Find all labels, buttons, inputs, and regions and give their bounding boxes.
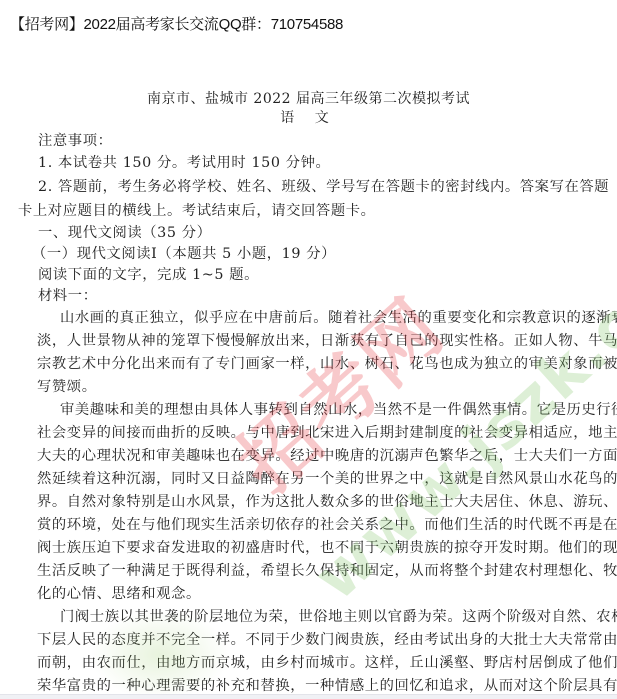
notice-heading: 注意事项： — [0, 130, 617, 150]
passage-line: 生活反映了一种满足于既得利益，希望长久保持和固定，从而将整个封建农村理想化、牧歌 — [0, 560, 617, 580]
passage-line: 淡，人世景物从神的笼罩下慢慢解放出来，日渐获有了自己的现实性格。正如人物、牛马从 — [0, 330, 617, 350]
passage-line: 界。自然对象特别是山水风景，作为这批人数众多的世俗地主士大夫居住、休息、游玩、观 — [0, 491, 617, 511]
passage-line: 而朝，由农而仕，由地方而京城，由乡村而城市。这样，丘山溪壑、野店村居倒成了他们的 — [0, 652, 617, 672]
page-bottom-edge — [0, 694, 617, 699]
passage-line: 宗教艺术中分化出来而有了专门画家一样，山水、树石、花鸟也成为独立的审美对象而被将 — [0, 353, 617, 373]
notice-item-1: 1. 本试卷共 150 分。考试用时 150 分钟。 — [0, 152, 617, 172]
exam-title: 南京市、盐城市 2022 届高三年级第二次模拟考试 — [0, 88, 617, 108]
section-instruction: 阅读下面的文字，完成 1~5 题。 — [0, 264, 617, 284]
passage-line: 审美趣味和美的理想由具体人事转到自然山水，当然不是一件偶然事情。它是历史行径、 — [0, 399, 617, 419]
exam-page: 【招考网】2022届高考家长交流QQ群：710754588 南京市、盐城市 20… — [0, 0, 617, 699]
passage-line: 然延续着这种沉溺，同时又日益陶醉在另一个美的世界之中，这就是自然风景山水花鸟的世 — [0, 468, 617, 488]
passage-line: 阀士族压迫下要求奋发进取的初盛唐时代，也不同于六朝贵族的掠夺开发时期。他们的现实 — [0, 537, 617, 557]
passage-line: 社会变异的间接而曲折的反映。与中唐到北宋进入后期封建制度的社会变异相适应，地主士 — [0, 422, 617, 442]
passage-line: 门阀士族以其世袭的阶层地位为荣，世俗地主则以官爵为荣。这两个阶级对自然、农村、 — [0, 606, 617, 626]
notice-item-2-line-2: 卡上对应题目的横线上。考试结束后，请交回答题卡。 — [0, 200, 617, 220]
passage-line: 下层人民的态度并不完全一样。不同于少数门阀贵族，经由考试出身的大批士大夫常常由野 — [0, 629, 617, 649]
exam-subject: 语 文 — [0, 107, 617, 127]
material-label: 材料一： — [0, 285, 617, 305]
section-sub-1: （一）现代文阅读Ⅰ（本题共 5 小题，19 分） — [0, 243, 617, 263]
section-part-1: 一、现代文阅读（35 分） — [0, 222, 617, 242]
header-banner: 【招考网】2022届高考家长交流QQ群：710754588 — [0, 10, 617, 40]
passage-line: 山水画的真正独立，似乎应在中唐前后。随着社会生活的重要变化和宗教意识的逐渐衰 — [0, 307, 617, 327]
passage-line: 荣华富贵的一种心理需要的补充和替换，一种情感上的回忆和追求，从而对这个阶层具有某 — [0, 675, 617, 695]
passage-line: 赏的环境，处在与他们现实生活亲切依存的社会关系之中。而他们生活的时代既不再是在门 — [0, 514, 617, 534]
passage-line: 化的心情、思绪和观念。 — [0, 583, 617, 603]
notice-item-2-line-1: 2. 答题前，考生务必将学校、姓名、班级、学号写在答题卡的密封线内。答案写在答题 — [0, 176, 617, 196]
passage-line: 写赞颂。 — [0, 376, 617, 396]
passage-line: 大夫的心理状况和审美趣味也在变异。经过中晚唐的沉溺声色繁华之后，士大夫们一方面仍 — [0, 445, 617, 465]
